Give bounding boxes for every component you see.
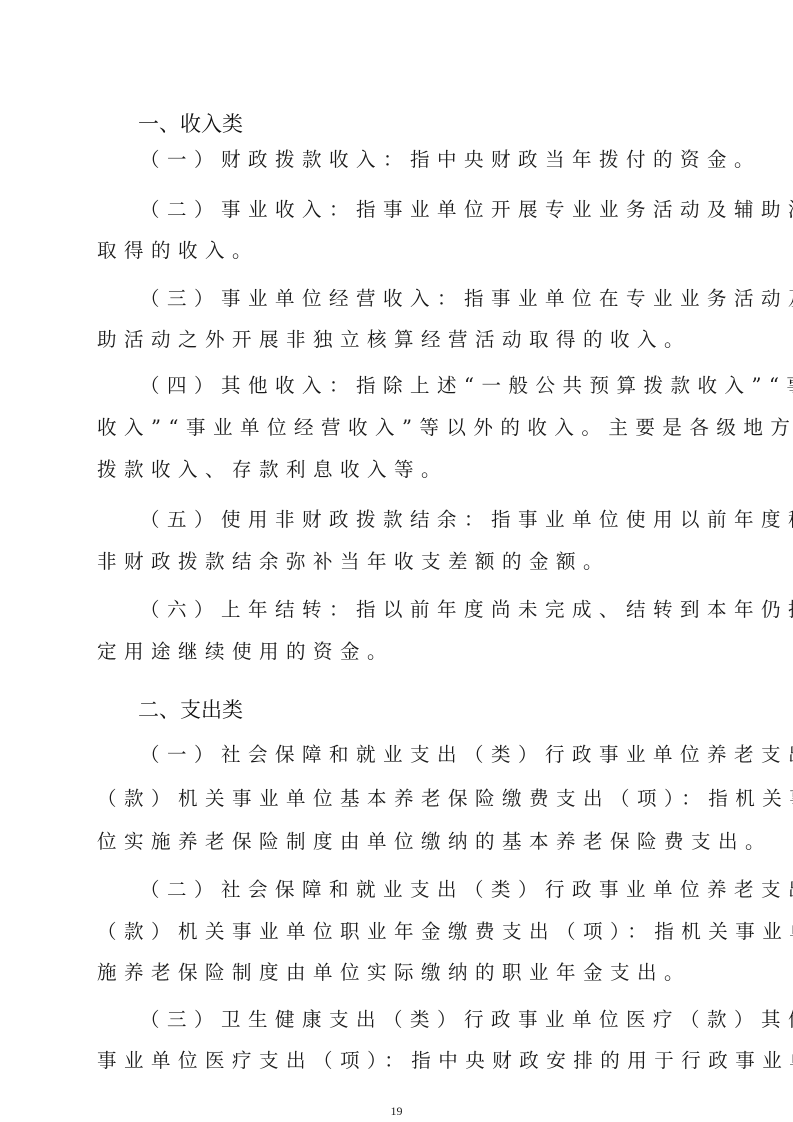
- paragraph-line: （二）事业收入：指事业单位开展专业业务活动及辅助活动所: [140, 198, 740, 222]
- paragraph-line: （款）机关事业单位基本养老保险缴费支出（项）：指机关事业单: [97, 787, 697, 811]
- document-page: 一、收入类 （一）财政拨款收入：指中央财政当年拨付的资金。 （二）事业收入：指事…: [0, 0, 793, 1122]
- paragraph-line: （六）上年结转：指以前年度尚未完成、结转到本年仍按原规: [140, 598, 740, 622]
- paragraph-line: 取得的收入。: [97, 239, 697, 263]
- paragraph-line: 定用途继续使用的资金。: [97, 640, 697, 664]
- paragraph-line: 拨款收入、存款利息收入等。: [97, 458, 697, 482]
- paragraph-line: 非财政拨款结余弥补当年收支差额的金额。: [97, 550, 697, 574]
- section-heading-income: 一、收入类: [138, 108, 243, 138]
- paragraph-line: （一）社会保障和就业支出（类）行政事业单位养老支出: [140, 743, 740, 767]
- paragraph-line: 事业单位医疗支出（项）：指中央财政安排的用于行政事业单位医: [97, 1049, 697, 1073]
- paragraph-line: 助活动之外开展非独立核算经营活动取得的收入。: [97, 328, 697, 352]
- paragraph-line: （款）机关事业单位职业年金缴费支出（项）：指机关事业单位实: [97, 920, 697, 944]
- paragraph-line: 收入”“事业单位经营收入”等以外的收入。主要是各级地方财政: [97, 416, 697, 440]
- paragraph-line: 施养老保险制度由单位实际缴纳的职业年金支出。: [97, 961, 697, 985]
- paragraph-line: （五）使用非财政拨款结余：指事业单位使用以前年度积累的: [140, 508, 740, 532]
- page-number: 19: [0, 1104, 793, 1119]
- section-heading-expenditure: 二、支出类: [138, 694, 243, 724]
- paragraph-line: （二）社会保障和就业支出（类）行政事业单位养老支出: [140, 878, 740, 902]
- paragraph-line: 位实施养老保险制度由单位缴纳的基本养老保险费支出。: [97, 830, 697, 854]
- paragraph-line: （三）事业单位经营收入：指事业单位在专业业务活动及其辅: [140, 287, 740, 311]
- paragraph-line: （四）其他收入：指除上述“一般公共预算拨款收入”“事业: [140, 374, 740, 398]
- paragraph-line: （三）卫生健康支出（类）行政事业单位医疗（款）其他行政: [140, 1008, 740, 1032]
- paragraph-line: （一）财政拨款收入：指中央财政当年拨付的资金。: [140, 148, 740, 172]
